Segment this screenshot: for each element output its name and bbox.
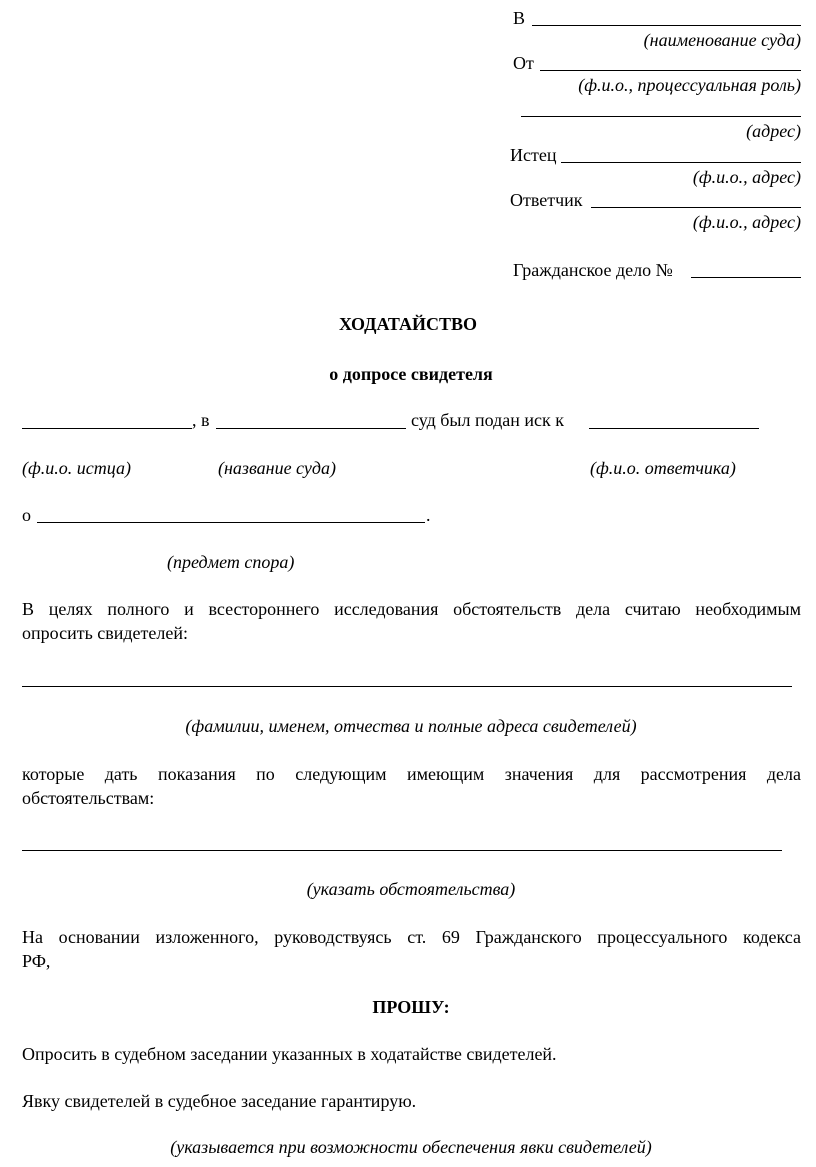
witnesses-field[interactable]	[22, 686, 792, 687]
subject-suffix: .	[426, 504, 431, 526]
court-hint: (наименование суда)	[644, 29, 801, 51]
case-number-field[interactable]	[691, 277, 801, 278]
plaintiff-name-field[interactable]	[22, 428, 192, 429]
plaintiff-field[interactable]	[561, 162, 801, 163]
witnesses-hint: (фамилии, именем, отчества и полные адре…	[0, 715, 816, 737]
plaintiff-label: Истец	[510, 144, 556, 166]
request-item-2-hint: (указывается при возможности обеспечения…	[0, 1136, 816, 1158]
circumstances-field[interactable]	[22, 850, 782, 851]
from-name-field[interactable]	[540, 70, 801, 71]
from-prefix: От	[513, 52, 534, 74]
plaintiff-hint: (ф.и.о., адрес)	[693, 166, 801, 188]
address-field[interactable]	[521, 116, 801, 117]
hint-defendant: (ф.и.о. ответчика)	[590, 457, 736, 479]
request-item-2: Явку свидетелей в судебное заседание гар…	[22, 1090, 416, 1112]
court-title-field[interactable]	[216, 428, 406, 429]
circumstances-hint: (указать обстоятельства)	[0, 878, 816, 900]
claim-middle-text: суд был подан иск к	[411, 409, 564, 431]
subject-hint: (предмет спора)	[167, 551, 294, 573]
court-name-field[interactable]	[532, 25, 801, 26]
hint-plaintiff: (ф.и.о. истца)	[22, 457, 131, 479]
paragraph-witness-request: В целях полного и всестороннего исследов…	[22, 597, 801, 645]
defendant-label: Ответчик	[510, 189, 583, 211]
paragraph-circumstances: которые дать показания по следующим имею…	[22, 762, 801, 810]
paragraph-legal-basis: На основании изложенного, руководствуясь…	[22, 925, 801, 973]
court-prefix: В	[513, 7, 525, 29]
document-subtitle: о допросе свидетеля	[0, 363, 816, 385]
subject-field[interactable]	[37, 522, 425, 523]
subject-prefix: о	[22, 504, 31, 526]
defendant-name-field[interactable]	[589, 428, 759, 429]
defendant-field[interactable]	[591, 207, 801, 208]
document-title: ХОДАТАЙСТВО	[0, 313, 816, 335]
defendant-hint: (ф.и.о., адрес)	[693, 211, 801, 233]
request-item-1: Опросить в судебном заседании указанных …	[22, 1043, 557, 1065]
case-number-label: Гражданское дело №	[513, 259, 673, 281]
address-hint: (адрес)	[746, 120, 801, 142]
claim-comma-in: , в	[192, 409, 210, 431]
from-hint: (ф.и.о., процессуальная роль)	[578, 74, 801, 96]
hint-court: (название суда)	[218, 457, 336, 479]
request-heading: ПРОШУ:	[0, 996, 816, 1018]
